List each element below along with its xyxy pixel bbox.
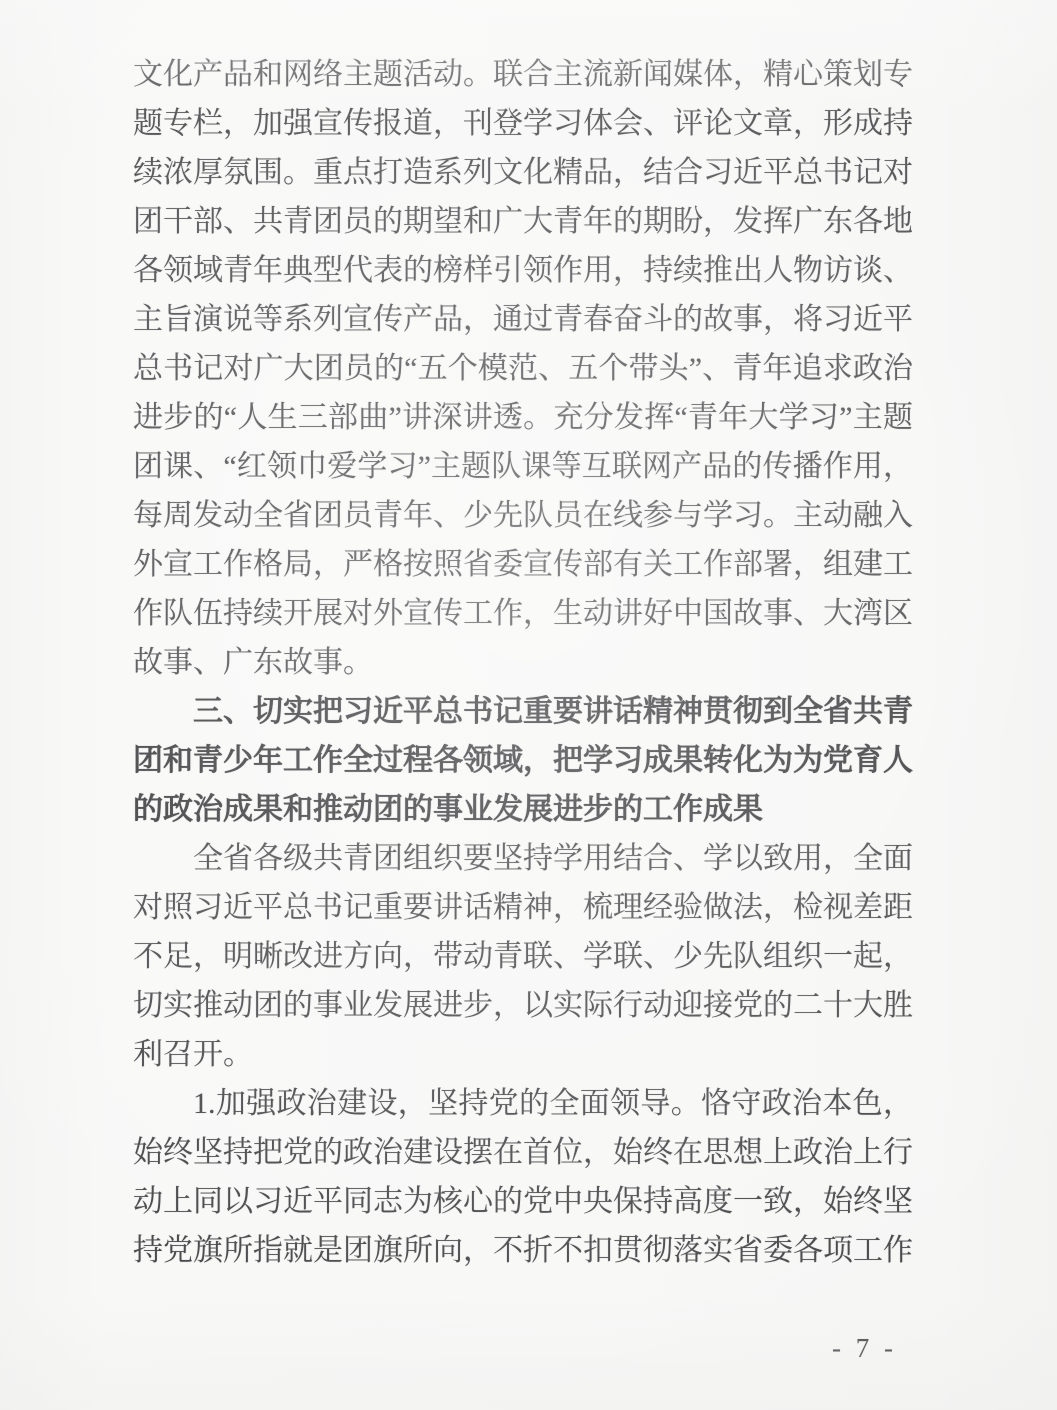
- paragraph: 1.加强政治建设，坚持党的全面领导。恪守政治本色，始终坚持把党的政治建设摆在首位…: [133, 1079, 913, 1275]
- paragraph: 全省各级共青团组织要坚持学用结合、学以致用，全面对照习近平总书记重要讲话精神，梳…: [133, 834, 913, 1079]
- document-body: 文化产品和网络主题活动。联合主流新闻媒体，精心策划专题专栏，加强宣传报道，刊登学…: [133, 50, 913, 1275]
- section-heading: 三、切实把习近平总书记重要讲话精神贯彻到全省共青团和青少年工作全过程各领域，把学…: [133, 687, 913, 834]
- document-page: 文化产品和网络主题活动。联合主流新闻媒体，精心策划专题专栏，加强宣传报道，刊登学…: [0, 0, 1057, 1410]
- paragraph: 文化产品和网络主题活动。联合主流新闻媒体，精心策划专题专栏，加强宣传报道，刊登学…: [133, 50, 913, 687]
- page-number: - 7 -: [832, 1330, 897, 1366]
